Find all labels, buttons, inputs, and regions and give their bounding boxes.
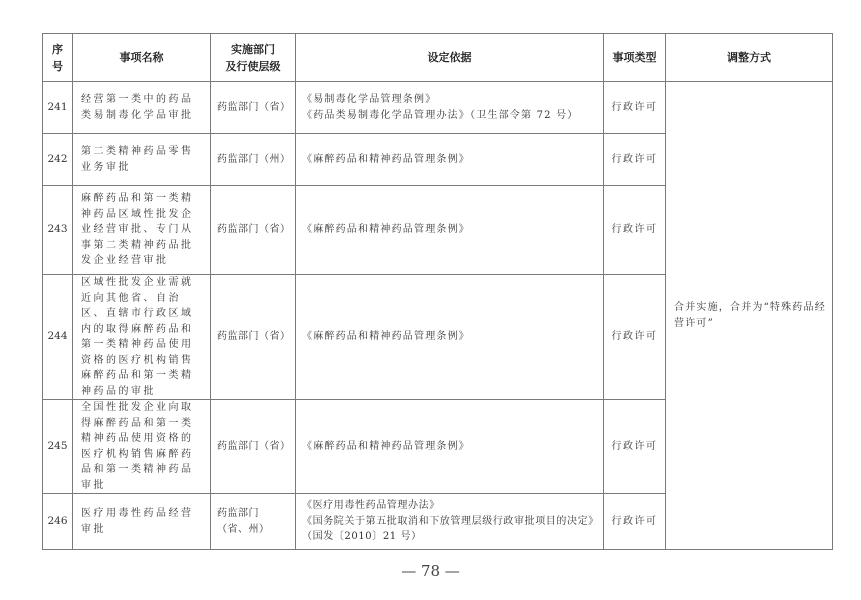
row-name: 全国性批发企业向取得麻醉药品和第一类精神药品使用资格的医疗机构销售麻醉药品和第一… (73, 400, 211, 494)
row-seq: 242 (43, 134, 73, 186)
header-adjust: 调整方式 (666, 34, 833, 82)
header-seq: 序 号 (43, 34, 73, 82)
approval-items-table: 序 号 事项名称 实施部门 及行使层级 设定依据 事项类型 调整方式 241 经… (42, 33, 833, 550)
row-dept: 药监部门（省） (211, 400, 296, 494)
row-name: 医疗用毒性药品经营审批 (73, 494, 211, 550)
row-type: 行政许可 (604, 186, 666, 275)
row-name: 第二类精神药品零售业务审批 (73, 134, 211, 186)
header-name: 事项名称 (73, 34, 211, 82)
table-header-row: 序 号 事项名称 实施部门 及行使层级 设定依据 事项类型 调整方式 (43, 34, 833, 82)
table-row: 241 经营第一类中的药品类易制毒化学品审批 药监部门（省） 《易制毒化学品管理… (43, 82, 833, 134)
row-type: 行政许可 (604, 494, 666, 550)
row-seq: 243 (43, 186, 73, 275)
header-basis: 设定依据 (296, 34, 604, 82)
row-basis: 《麻醉药品和精神药品管理条例》 (296, 275, 604, 400)
row-seq: 241 (43, 82, 73, 134)
page-number: — 78 — (0, 562, 861, 580)
row-basis: 《麻醉药品和精神药品管理条例》 (296, 134, 604, 186)
row-seq: 246 (43, 494, 73, 550)
row-seq: 245 (43, 400, 73, 494)
row-type: 行政许可 (604, 134, 666, 186)
header-type: 事项类型 (604, 34, 666, 82)
row-type: 行政许可 (604, 82, 666, 134)
row-name: 麻醉药品和第一类精神药品区域性批发企业经营审批、专门从事第二类精神药品批发企业经… (73, 186, 211, 275)
merged-adjustment-cell: 合并实施，合并为“特殊药品经营许可” (666, 82, 833, 550)
row-dept: 药监部门（省） (211, 275, 296, 400)
row-dept: 药监部门（州） (211, 134, 296, 186)
row-basis: 《易制毒化学品管理条例》 《药品类易制毒化学品管理办法》（卫生部令第 72 号） (296, 82, 604, 134)
row-seq: 244 (43, 275, 73, 400)
row-name: 区域性批发企业需就近向其他省、自治区、直辖市行政区域内的取得麻醉药品和第一类精神… (73, 275, 211, 400)
header-dept: 实施部门 及行使层级 (211, 34, 296, 82)
row-basis: 《麻醉药品和精神药品管理条例》 (296, 400, 604, 494)
row-dept: 药监部门（省、州） (211, 494, 296, 550)
row-type: 行政许可 (604, 275, 666, 400)
row-dept: 药监部门（省） (211, 82, 296, 134)
row-name: 经营第一类中的药品类易制毒化学品审批 (73, 82, 211, 134)
row-dept: 药监部门（省） (211, 186, 296, 275)
row-basis: 《医疗用毒性药品管理办法》 《国务院关于第五批取消和下放管理层级行政审批项目的决… (296, 494, 604, 550)
row-type: 行政许可 (604, 400, 666, 494)
row-basis: 《麻醉药品和精神药品管理条例》 (296, 186, 604, 275)
